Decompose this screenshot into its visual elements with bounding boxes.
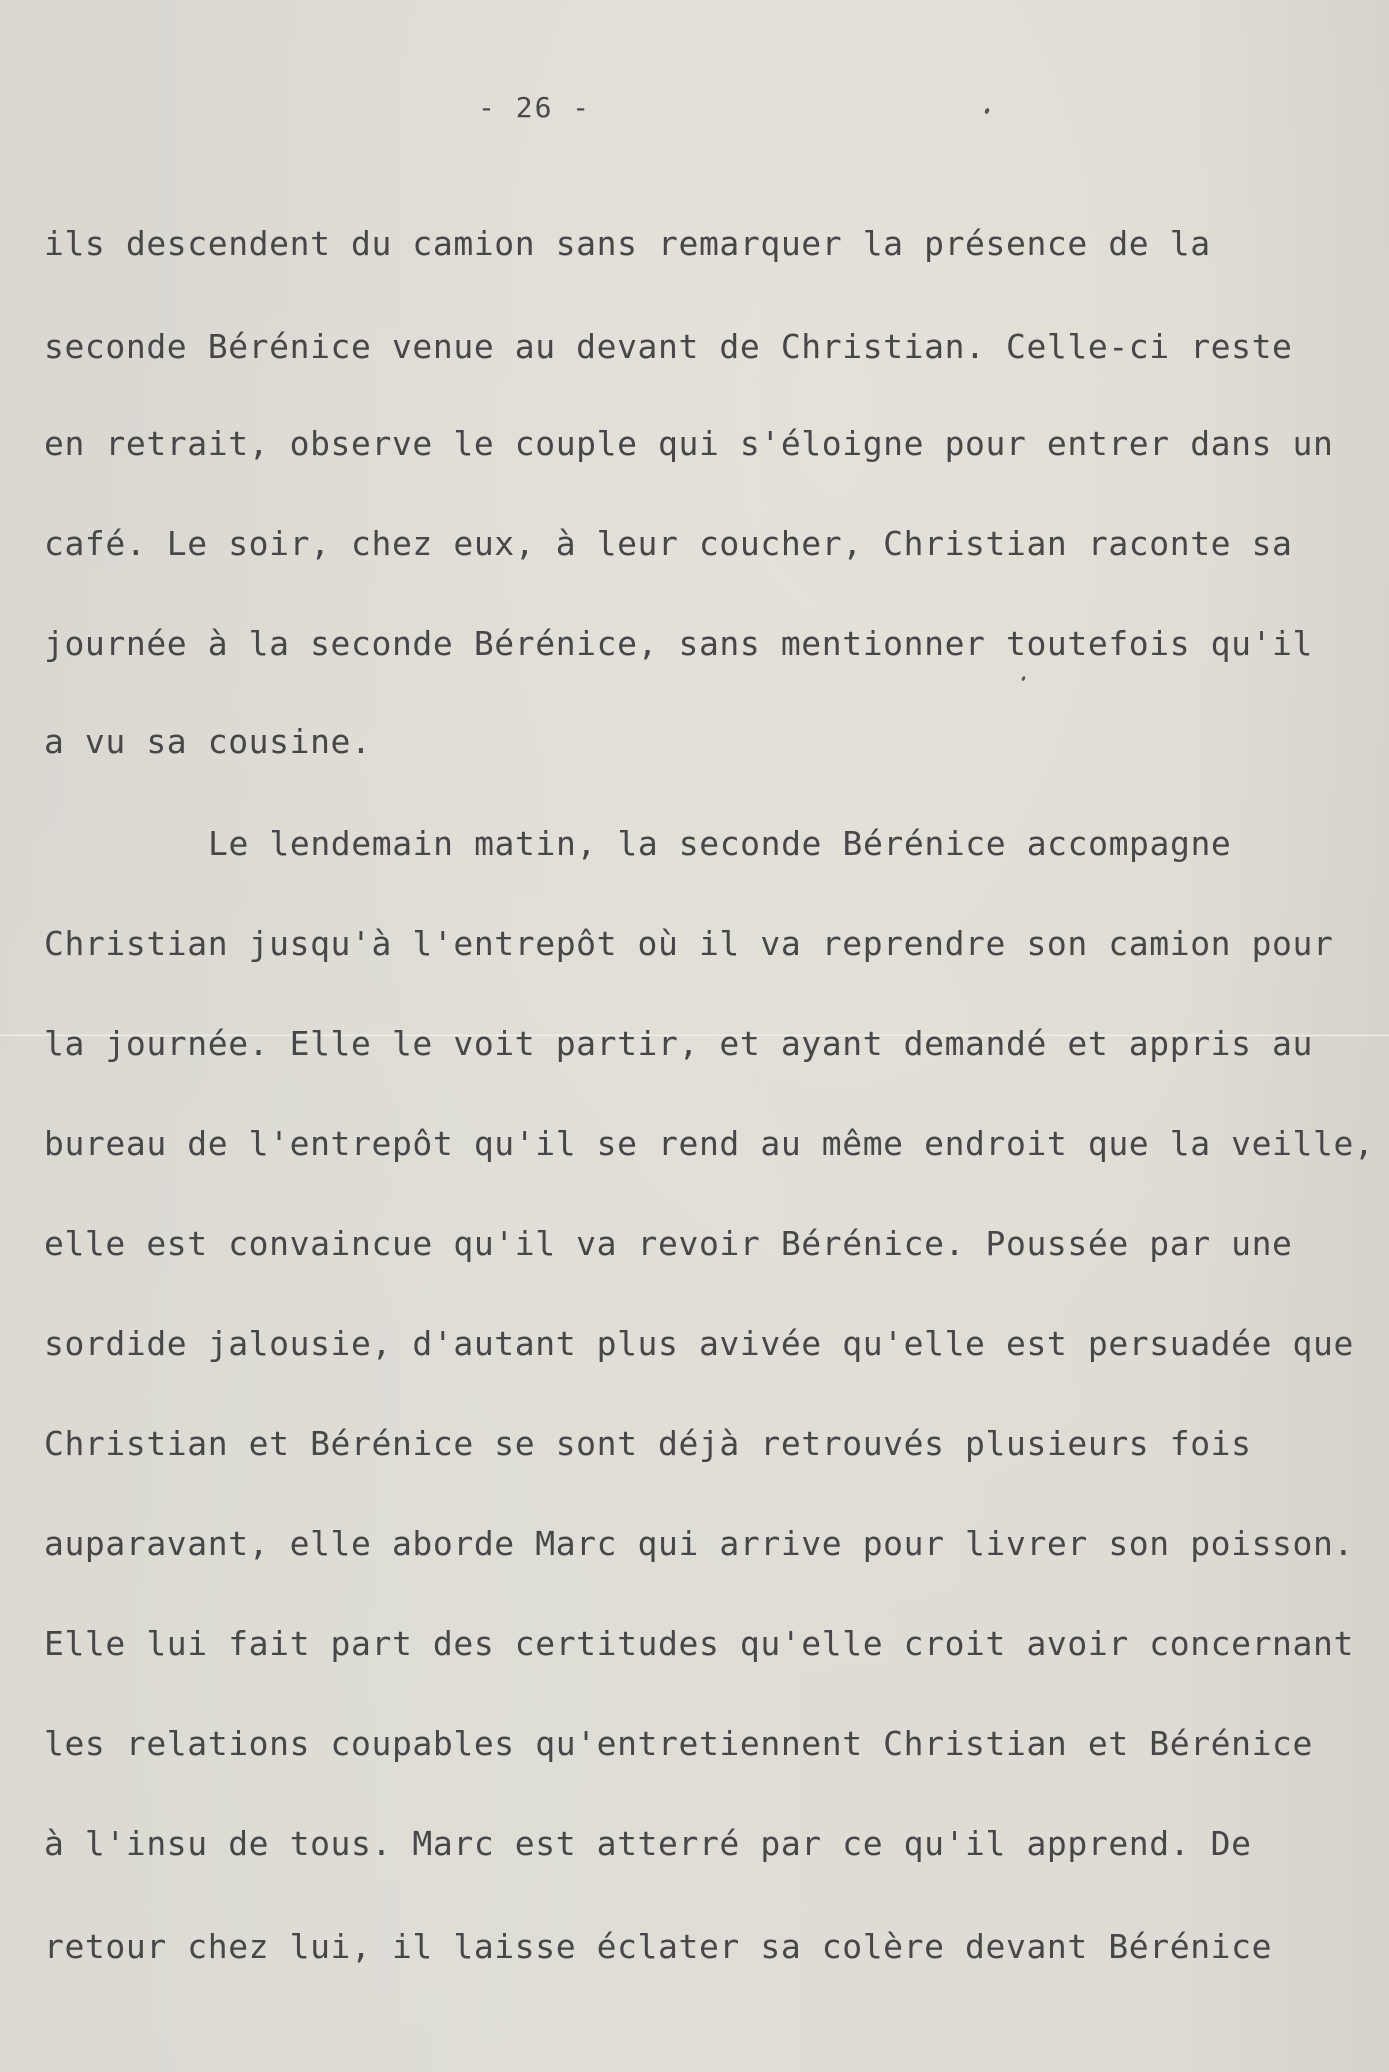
text-line-indented: Le lendemain matin, la seconde Bérénice … <box>208 822 1231 866</box>
text-line: sordide jalousie, d'autant plus avivée q… <box>44 1322 1354 1366</box>
page-number: - 26 - <box>478 88 591 128</box>
text-line: la journée. Elle le voit partir, et ayan… <box>44 1022 1313 1066</box>
text-line: auparavant, elle aborde Marc qui arrive … <box>44 1522 1354 1566</box>
text-line: elle est convaincue qu'il va revoir Béré… <box>44 1222 1293 1266</box>
text-line: Christian jusqu'à l'entrepôt où il va re… <box>44 922 1333 966</box>
ink-speck <box>1021 676 1026 682</box>
text-line: café. Le soir, chez eux, à leur coucher,… <box>44 522 1293 566</box>
text-line: à l'insu de tous. Marc est atterré par c… <box>44 1822 1252 1866</box>
ink-speck <box>984 107 990 114</box>
text-line: retour chez lui, il laisse éclater sa co… <box>44 1925 1272 1969</box>
text-line: Christian et Bérénice se sont déjà retro… <box>44 1422 1252 1466</box>
typewritten-page: - 26 - ils descendent du camion sans rem… <box>0 0 1389 2072</box>
text-line: en retrait, observe le couple qui s'éloi… <box>44 422 1333 466</box>
text-line: seconde Bérénice venue au devant de Chri… <box>44 325 1293 369</box>
text-line: les relations coupables qu'entretiennent… <box>44 1722 1313 1766</box>
text-line: ils descendent du camion sans remarquer … <box>44 222 1211 266</box>
text-line: a vu sa cousine. <box>44 720 371 764</box>
text-line: bureau de l'entrepôt qu'il se rend au mê… <box>44 1122 1374 1166</box>
text-line: Elle lui fait part des certitudes qu'ell… <box>44 1622 1354 1666</box>
text-line: journée à la seconde Bérénice, sans ment… <box>44 622 1313 666</box>
